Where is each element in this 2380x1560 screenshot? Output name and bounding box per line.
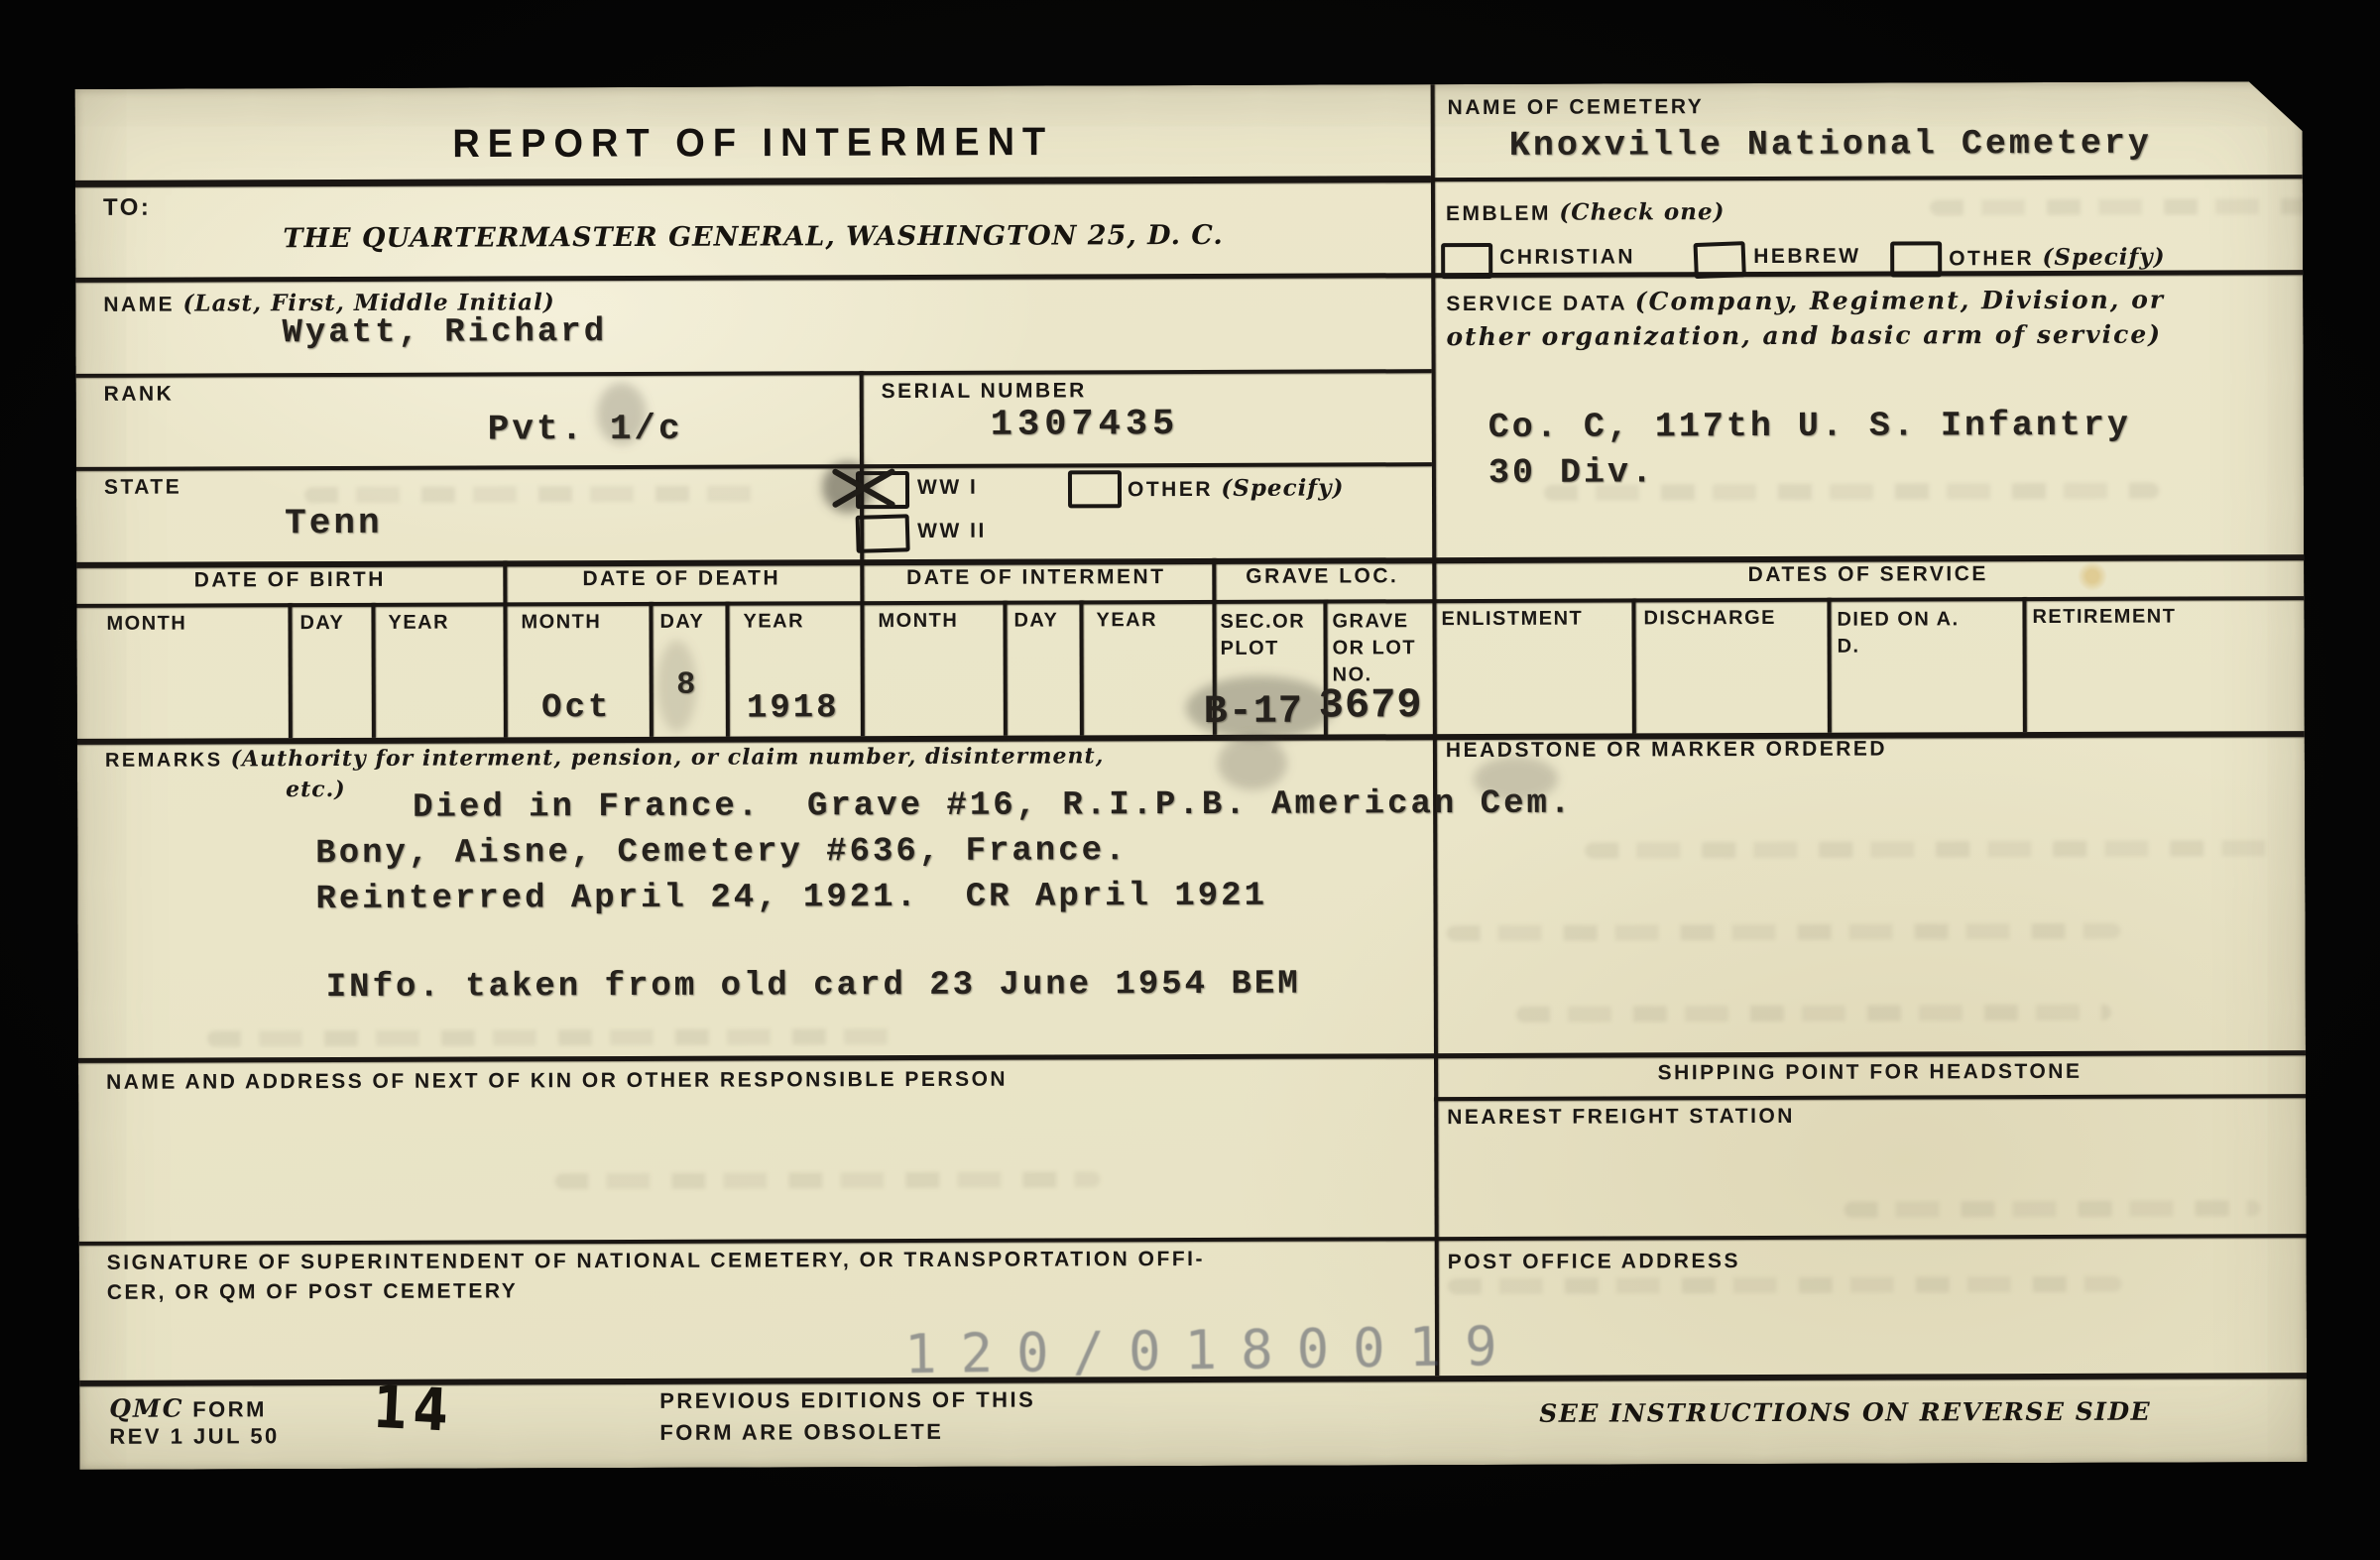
to-label: TO: (103, 194, 151, 222)
date-of-death-title: DATE OF DEATH (503, 566, 860, 591)
freight-station-label: NEAREST FREIGHT STATION (1447, 1105, 1795, 1130)
table-divider (288, 603, 292, 738)
ink-smudge (1218, 736, 1287, 790)
rank-label: RANK (104, 383, 175, 407)
table-divider (2022, 597, 2026, 732)
ww2-checkbox (856, 514, 910, 553)
bleed-through-artifact (1585, 840, 2279, 858)
emblem-other-label: OTHER (Specify) (1949, 244, 2166, 272)
next-of-kin-label: NAME AND ADDRESS OF NEXT OF KIN OR OTHER… (106, 1068, 1008, 1095)
service-data-value-2: 30 Div. (1488, 452, 1655, 493)
christian-checkbox (1441, 243, 1492, 279)
rank-value: Pvt. 1/c (488, 409, 683, 450)
emblem-label: EMBLEM (Check one) (1446, 198, 1725, 226)
reverse-side-instructions: SEE INSTRUCTIONS ON REVERSE SIDE (1539, 1397, 2151, 1428)
table-divider (1827, 598, 1831, 733)
obsolete-note-line2: FORM ARE OBSOLETE (659, 1419, 943, 1446)
divider (1431, 175, 2303, 181)
bleed-through-artifact (554, 1171, 1100, 1189)
service-data-label: SERVICE DATA (Company, Regiment, Divisio… (1446, 283, 2200, 355)
serial-number-value: 1307435 (991, 404, 1180, 446)
signature-label-line1: SIGNATURE OF SUPERINTENDENT OF NATIONAL … (107, 1248, 1205, 1275)
signature-label-line2: CER, OR QM OF POST CEMETERY (107, 1279, 519, 1304)
table-divider (1079, 600, 1083, 735)
birth-month-header: MONTH (106, 613, 186, 636)
interment-report-card: REPORT OF INTERMENT TO: THE QUARTERMASTE… (75, 81, 2308, 1470)
grave-loc-title: GRAVE LOC. (1212, 564, 1432, 589)
death-month-value: Oct (504, 689, 650, 728)
remarks-note: (Authority for interment, pension, or cl… (231, 743, 1105, 772)
grave-lot-header: GRAVE OR LOT NO. (1332, 608, 1431, 688)
cemetery-value: Knoxville National Cemetery (1509, 124, 2152, 166)
war-other-checkbox (1068, 470, 1122, 508)
date-of-birth-title: DATE OF BIRTH (76, 567, 503, 593)
shipping-point-label: SHIPPING POINT FOR HEADSTONE (1434, 1059, 2306, 1086)
bleed-through-artifact (1447, 923, 2121, 941)
enlistment-header: ENLISTMENT (1441, 608, 1583, 631)
remarks-label-text: REMARKS (105, 749, 223, 771)
bleed-through-artifact (207, 1028, 901, 1046)
emblem-other-note: (Specify) (2042, 244, 2165, 271)
remarks-label: REMARKS (Authority for interment, pensio… (105, 743, 1104, 773)
hebrew-checkbox (1694, 241, 1746, 279)
table-divider (1003, 601, 1007, 736)
post-office-label: POST OFFICE ADDRESS (1448, 1250, 1740, 1274)
interment-month-header: MONTH (878, 610, 958, 633)
obsolete-note-line1: PREVIOUS EDITIONS OF THIS (659, 1387, 1035, 1414)
death-year-value: 1918 (726, 689, 861, 727)
serial-death-divider (860, 371, 865, 736)
interment-year-header: YEAR (1096, 609, 1157, 632)
bleed-through-artifact (1844, 1200, 2261, 1217)
form-id-line1: QMC FORM (109, 1393, 267, 1423)
scanner-background: REPORT OF INTERMENT TO: THE QUARTERMASTE… (0, 0, 2380, 1560)
divider (75, 270, 2303, 283)
emblem-other-text: OTHER (1949, 247, 2034, 270)
form-word: FORM (192, 1396, 267, 1421)
bleed-through-artifact (304, 486, 761, 504)
name-label-text: NAME (103, 294, 175, 316)
divider (75, 176, 1431, 187)
service-data-label-text: SERVICE DATA (1446, 292, 1626, 315)
retirement-header: RETIREMENT (2032, 606, 2176, 630)
divider (1434, 1094, 2306, 1101)
form-title: REPORT OF INTERMENT (75, 119, 1431, 169)
war-other-label: OTHER (Specify) (1128, 474, 1345, 502)
died-on-ad-header: DIED ON A. D. (1837, 606, 1985, 660)
handwritten-number: 14 (372, 1374, 456, 1445)
ww1-check-x-mark (836, 461, 897, 509)
war-other-note: (Specify) (1221, 474, 1344, 501)
stamped-serial-number: 120/0180019 (904, 1315, 1521, 1386)
table-divider (371, 603, 375, 738)
birth-year-header: YEAR (388, 612, 449, 635)
remarks-line-2: Bony, Aisne, Cemetery #636, France. (315, 832, 1128, 873)
remarks-line-4: INfo. taken from old card 23 June 1954 B… (326, 966, 1301, 1007)
form-id-line2: REV 1 JUL 50 (109, 1423, 280, 1450)
death-day-header: DAY (659, 611, 704, 634)
headstone-label: HEADSTONE OR MARKER ORDERED (1446, 738, 1887, 764)
grave-sec-value: B-17 (1204, 690, 1303, 735)
dates-of-service-title: DATES OF SERVICE (1432, 561, 2304, 588)
emblem-other-checkbox (1890, 241, 1942, 277)
qmc-text: QMC (109, 1394, 183, 1423)
death-day-value: 8 (650, 666, 726, 703)
death-year-header: YEAR (743, 610, 804, 633)
christian-label: CHRISTIAN (1499, 245, 1635, 269)
emblem-note: (Check one) (1559, 198, 1725, 226)
serial-number-label: SERIAL NUMBER (882, 379, 1087, 404)
name-value: Wyatt, Richard (282, 313, 607, 352)
hebrew-label: HEBREW (1753, 245, 1860, 269)
bleed-through-artifact (1516, 1005, 2111, 1022)
bleed-through-artifact (1448, 1276, 2122, 1294)
birth-day-header: DAY (299, 612, 344, 635)
date-of-interment-title: DATE OF INTERMENT (860, 565, 1212, 590)
divider (79, 1234, 2307, 1246)
service-data-value-1: Co. C, 117th U. S. Infantry (1488, 406, 2131, 447)
remarks-line-1: Died in France. Grave #16, R.I.P.B. Amer… (413, 785, 1573, 827)
state-label: STATE (104, 476, 181, 500)
cemetery-label: NAME OF CEMETERY (1448, 95, 1705, 120)
emblem-label-text: EMBLEM (1446, 202, 1551, 225)
ww1-label: WW I (917, 476, 978, 500)
divider (77, 731, 2305, 745)
remarks-line-3: Reinterred April 24, 1921. CR April 1921 (315, 878, 1267, 918)
death-month-header: MONTH (521, 611, 601, 634)
main-column-divider (1431, 84, 1440, 1376)
table-divider (1631, 598, 1635, 733)
grave-lot-value: 3679 (1319, 681, 1423, 729)
discharge-header: DISCHARGE (1643, 607, 1776, 630)
bleed-through-artifact (1930, 198, 2326, 215)
interment-day-header: DAY (1013, 609, 1058, 632)
ww2-label: WW II (917, 520, 987, 543)
state-value: Tenn (285, 503, 383, 543)
remarks-note-2: etc.) (286, 777, 346, 802)
divider (76, 462, 1432, 471)
name-note: (Last, First, Middle Initial) (182, 289, 554, 316)
divider (76, 369, 1432, 378)
war-other-text: OTHER (1128, 478, 1213, 501)
to-value: THE QUARTERMASTER GENERAL, WASHINGTON 25… (75, 219, 1431, 255)
grave-sec-header: SEC.OR PLOT (1220, 609, 1315, 662)
